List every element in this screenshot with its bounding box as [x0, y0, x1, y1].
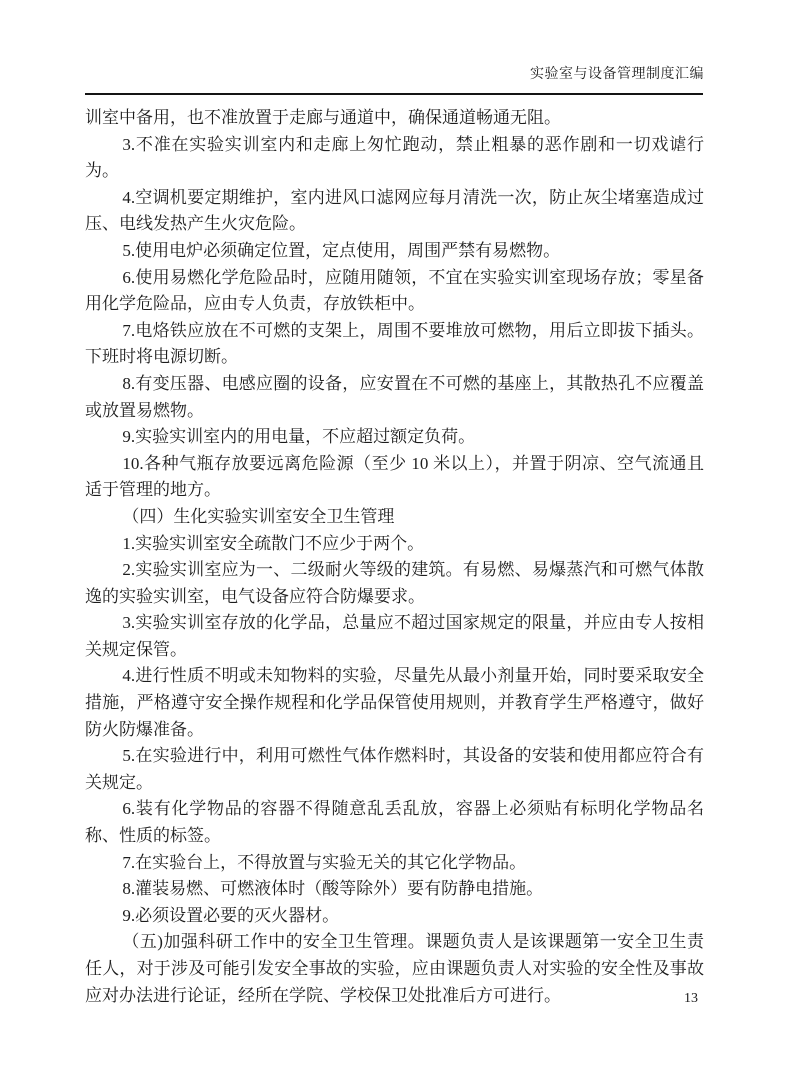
paragraph: 9.必须设置必要的灭火器材。 — [85, 903, 704, 930]
paragraph-continuation: 训室中备用，也不准放置于走廊与通道中，确保通道畅通无阻。 — [85, 105, 704, 132]
paragraph: 9.实验实训室内的用电量，不应超过额定负荷。 — [85, 424, 704, 451]
paragraph: 3.不准在实验实训室内和走廊上匆忙跑动，禁止粗暴的恶作剧和一切戏谑行为。 — [85, 132, 704, 185]
paragraph: 3.实验实训室存放的化学品，总量应不超过国家规定的限量，并应由专人按相关规定保管… — [85, 610, 704, 663]
paragraph: 5.在实验进行中，利用可燃性气体作燃料时，其设备的安装和使用都应符合有关规定。 — [85, 743, 704, 796]
document-body: 训室中备用，也不准放置于走廊与通道中，确保通道畅通无阻。 3.不准在实验实训室内… — [85, 105, 704, 1009]
running-header-title: 实验室与设备管理制度汇编 — [530, 63, 704, 83]
paragraph: 7.电烙铁应放在不可燃的支架上，周围不要堆放可燃物，用后立即拔下插头。下班时将电… — [85, 318, 704, 371]
paragraph: 6.使用易燃化学危险品时，应随用随领，不宜在实验实训室现场存放；零星备用化学危险… — [85, 265, 704, 318]
paragraph: 4.空调机要定期维护，室内进风口滤网应每月清洗一次，防止灰尘堵塞造成过压、电线发… — [85, 185, 704, 238]
paragraph: 5.使用电炉必须确定位置，定点使用，周围严禁有易燃物。 — [85, 238, 704, 265]
paragraph: 8.有变压器、电感应圈的设备，应安置在不可燃的基座上，其散热孔不应覆盖或放置易燃… — [85, 371, 704, 424]
paragraph: 8.灌装易燃、可燃液体时（酸等除外）要有防静电措施。 — [85, 876, 704, 903]
document-page: 实验室与设备管理制度汇编 训室中备用，也不准放置于走廊与通道中，确保通道畅通无阻… — [0, 0, 793, 1077]
paragraph: 7.在实验台上，不得放置与实验无关的其它化学物品。 — [85, 850, 704, 877]
paragraph: 6.装有化学物品的容器不得随意乱丢乱放，容器上必须贴有标明化学物品名称、性质的标… — [85, 796, 704, 849]
section-heading: （五)加强科研工作中的安全卫生管理。课题负责人是该课题第一安全卫生责任人，对于涉… — [85, 929, 704, 1009]
paragraph: 10.各种气瓶存放要远离危险源（至少 10 米以上），并置于阴凉、空气流通且适于… — [85, 451, 704, 504]
page-number: 13 — [684, 991, 698, 1007]
section-heading: （四）生化实验实训室安全卫生管理 — [85, 504, 704, 531]
paragraph: 2.实验实训室应为一、二级耐火等级的建筑。有易燃、易爆蒸汽和可燃气体散逸的实验实… — [85, 557, 704, 610]
paragraph: 4.进行性质不明或未知物料的实验，尽量先从最小剂量开始，同时要采取安全措施，严格… — [85, 663, 704, 743]
paragraph: 1.实验实训室安全疏散门不应少于两个。 — [85, 531, 704, 558]
header-rule — [85, 93, 703, 95]
